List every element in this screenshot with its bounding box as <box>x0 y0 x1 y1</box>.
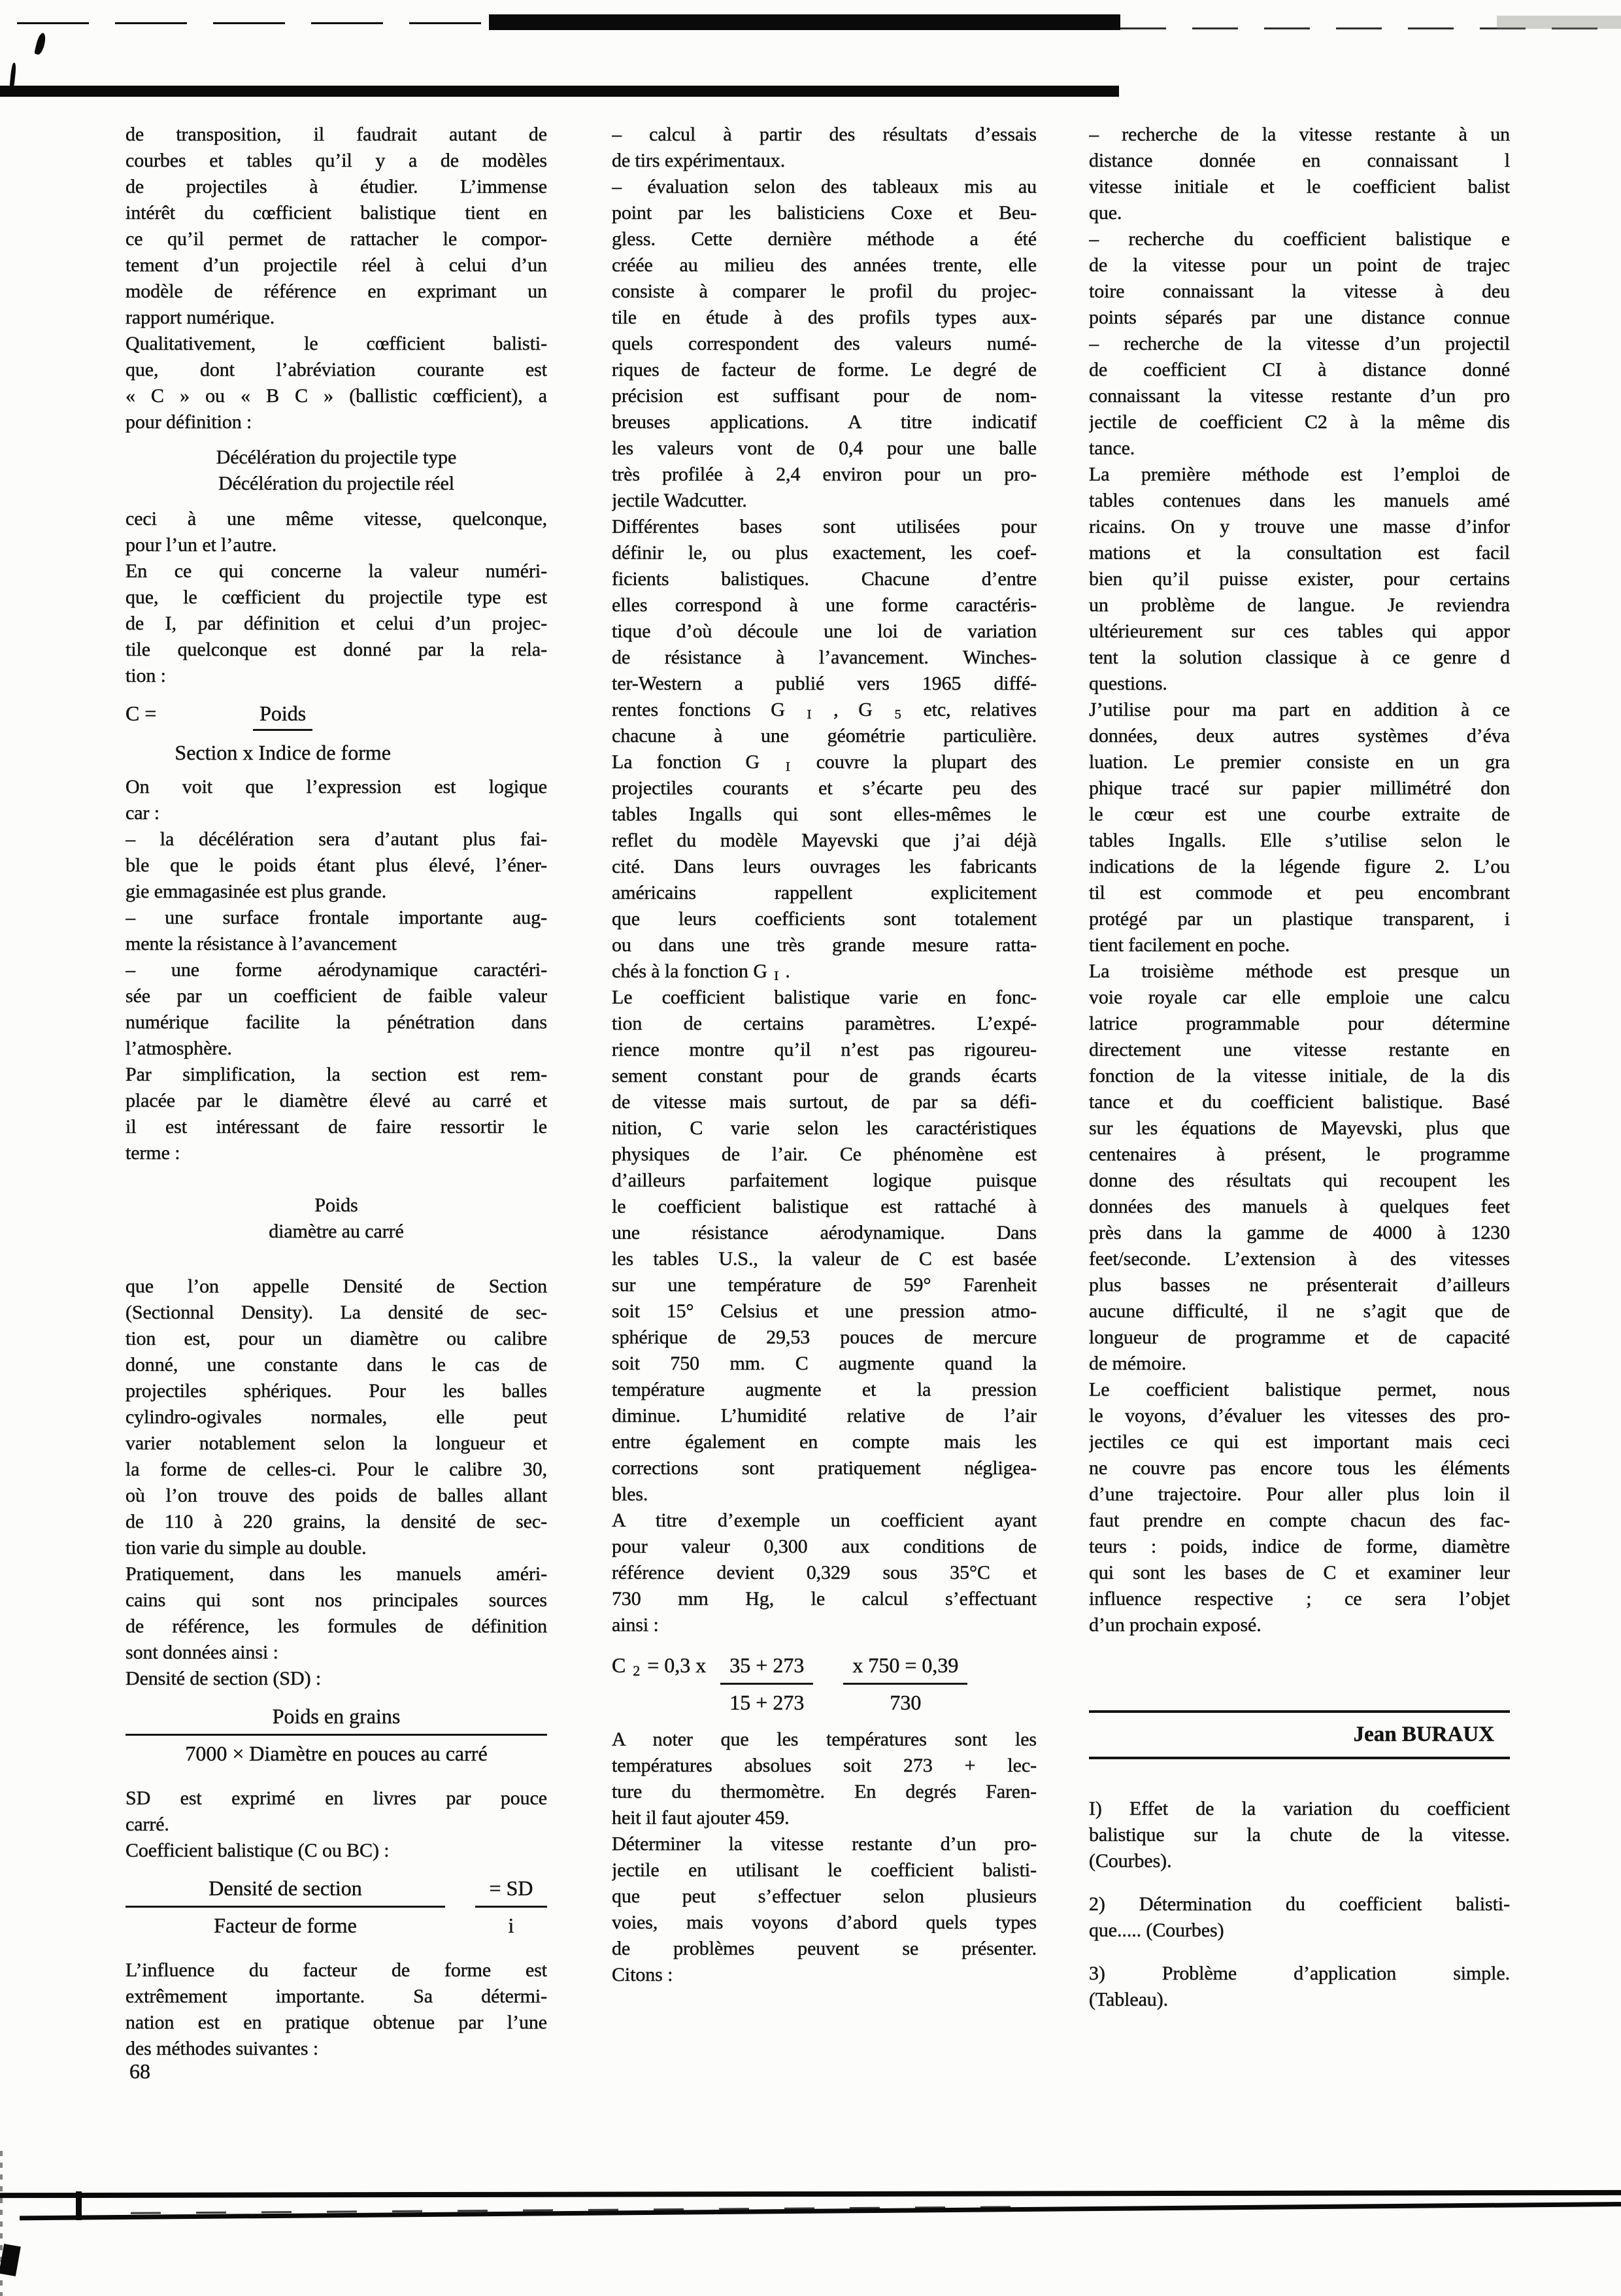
formula-ballistic-coefficient: C =PoidsSection x Indice de forme <box>125 700 547 766</box>
text-line: Densité de section (SD) : <box>125 1666 547 1692</box>
text-line: carré. <box>125 1812 547 1838</box>
text-line: A noter que les températures sont les <box>612 1727 1037 1753</box>
text-line: ceci à une même vitesse, quelconque, <box>125 506 547 532</box>
text-line: ou dans une très grande mesure ratta- <box>612 932 1037 958</box>
text-line: rentes fonctions G I , G 5 etc, relative… <box>612 697 1037 723</box>
text-line: 2) Détermination du coefficient balisti- <box>1089 1891 1510 1917</box>
text-line: ble que le poids étant plus élevé, l’éne… <box>125 853 547 879</box>
text-line: reflet du modèle Mayevski que j’ai déjà <box>612 828 1037 854</box>
text-line: gie emmagasinée est plus grande. <box>125 879 547 905</box>
text-line: un problème de langue. Je reviendra <box>1089 592 1510 618</box>
text-line: quels correspondent des valeurs numé- <box>612 331 1037 357</box>
text-line: terme : <box>125 1140 547 1166</box>
text-line: sphérique de 29,53 pouces de mercure <box>612 1325 1037 1351</box>
text-line: tile en étude à des profils types aux- <box>612 305 1037 331</box>
text-line: voies, mais voyons d’abord quels types <box>612 1910 1037 1936</box>
text-line: ture du thermomètre. En degrés Faren- <box>612 1779 1037 1805</box>
text-line: I) Effet de la variation du coefficient <box>1089 1796 1510 1822</box>
text-line: températures absolues soit 273 + lec- <box>612 1753 1037 1779</box>
text-line: température augmente et la pression <box>612 1377 1037 1403</box>
text-line: 730 mm Hg, le calcul s’effectuant <box>612 1586 1037 1612</box>
text-line: L’influence du facteur de forme est <box>125 1957 547 1984</box>
text-line: Qualitativement, le cœfficient balisti- <box>125 331 547 357</box>
text-line: modèle de référence en exprimant un <box>125 279 547 305</box>
text-line: nition, C varie selon les caractéristiqu… <box>612 1115 1037 1141</box>
text-line: ricains. On y trouve une masse d’infor <box>1089 514 1510 540</box>
text-line: que l’on appelle Densité de Section <box>125 1274 547 1300</box>
text-line: physiques de l’air. Ce phénomène est <box>612 1141 1037 1168</box>
text-line: de problèmes peuvent se présenter. <box>612 1936 1037 1962</box>
text-line: numérique facilite la pénétration dans <box>125 1009 547 1036</box>
text-line: Citons : <box>612 1962 1037 1988</box>
text-line: tion est, pour un diamètre ou calibre <box>125 1326 547 1352</box>
text-line: de tirs expérimentaux. <box>612 148 1037 174</box>
text-line: que peut s’effectuer selon plusieurs <box>612 1883 1037 1910</box>
text-line: voie royale car elle emploie une calcu <box>1089 985 1510 1011</box>
text-line: le cœur est une courbe extraite de <box>1089 802 1510 828</box>
text-line: ce qu’il permet de rattacher le compor- <box>125 226 547 252</box>
text-line: données, deux autres systèmes d’éva <box>1089 723 1510 749</box>
text-line: cains qui sont nos principales sources <box>125 1587 547 1613</box>
text-line: varier notablement selon la longueur et <box>125 1430 547 1457</box>
signature-rule <box>1089 1757 1510 1759</box>
text-line: Coefficient balistique (C ou BC) : <box>125 1838 547 1864</box>
text-line: tique d’où découle une loi de variation <box>612 618 1037 645</box>
text-line: d’un prochain exposé. <box>1089 1612 1510 1638</box>
fraction-numerator-line: Décélération du projectile type <box>125 445 547 471</box>
text-line: La troisième méthode est presque un <box>1089 958 1510 985</box>
text-line: jectile en utilisant le coefficient bali… <box>612 1857 1037 1883</box>
spacer <box>125 435 547 445</box>
text-line: sée par un coefficient de faible valeur <box>125 983 547 1009</box>
text-line: des méthodes suivantes : <box>125 2036 547 2062</box>
text-line: phique tracé sur papier millimétré don <box>1089 775 1510 802</box>
text-line: Décélération du projectile réel <box>125 471 547 497</box>
formula-bc-definition: Densité de sectionFacteur de forme= SDi <box>125 1874 547 1939</box>
text-line: tion varie du simple au double. <box>125 1535 547 1561</box>
text-line: tance et du coefficient balistique. Basé <box>1089 1089 1510 1115</box>
text-line: d’ailleurs parfaitement logique puisque <box>612 1168 1037 1194</box>
text-line: « C » ou « B C » (ballistic cœfficient),… <box>125 383 547 409</box>
text-line: nation est en pratique obtenue par l’une <box>125 2010 547 2036</box>
text-line: feet/seconde. L’extension à des vitesses <box>1089 1246 1510 1272</box>
text-line: mations et la consultation est facil <box>1089 540 1510 566</box>
text-line: jectile Wadcutter. <box>612 488 1037 514</box>
text-line: heit il faut ajouter 459. <box>612 1805 1037 1831</box>
text-line: que..... (Courbes) <box>1089 1917 1510 1944</box>
text-line: indications de la légende figure 2. L’ou <box>1089 854 1510 880</box>
text-line: tables Ingalls qui sont elles-mêmes le <box>612 802 1037 828</box>
spacer <box>1089 1944 1510 1961</box>
text-line: de 110 à 220 grains, la densité de sec- <box>125 1509 547 1535</box>
text-line: til est commode et peu encombrant <box>1089 880 1510 906</box>
text-line: extrêmement importante. Sa détermi- <box>125 1984 547 2010</box>
text-line: chacune à une géométrie particulière. <box>612 723 1037 749</box>
text-line: faut prendre en compte chacun des fac- <box>1089 1508 1510 1534</box>
text-line: – recherche du coefficient balistique e <box>1089 226 1510 252</box>
text-line: – évaluation selon des tableaux mis au <box>612 174 1037 200</box>
text-line: points séparés par une distance connue <box>1089 305 1510 331</box>
text-line: que leurs coefficients sont totalement <box>612 906 1037 932</box>
text-line: entre également en compte mais les <box>612 1429 1037 1455</box>
text-line: (Sectionnal Density). La densité de sec- <box>125 1300 547 1326</box>
text-line: projectiles sphériques. Pour les balles <box>125 1378 547 1404</box>
text-line: où l’on trouve des poids de balles allan… <box>125 1483 547 1509</box>
text-line: teurs : poids, indice de forme, diamètre <box>1089 1534 1510 1560</box>
text-line: Déterminer la vitesse restante d’un pro- <box>612 1831 1037 1857</box>
text-line: tance. <box>1089 435 1510 462</box>
text-line: américains rappellent explicitement <box>612 880 1037 906</box>
text-line: tent la solution classique à ce genre d <box>1089 645 1510 671</box>
text-line: La fonction G I couvre la plupart des <box>612 749 1037 775</box>
text-line: jectile de coefficient C2 à la même dis <box>1089 409 1510 435</box>
text-line: bien qu’il puisse exister, pour certains <box>1089 566 1510 592</box>
text-line: que, dont l’abréviation courante est <box>125 357 547 383</box>
text-line: ne couvre pas encore tous les éléments <box>1089 1455 1510 1481</box>
text-line: influence respective ; ce sera l’objet <box>1089 1586 1510 1612</box>
text-line: point par les balisticiens Coxe et Beu- <box>612 200 1037 226</box>
text-line: chés à la fonction G I . <box>612 958 1037 985</box>
page-number: 68 <box>129 2059 150 2084</box>
page: de transposition, il faudrait autant dec… <box>0 0 1621 2296</box>
text-line: On voit que l’expression est logique <box>125 774 547 800</box>
text-line: de transposition, il faudrait autant de <box>125 122 547 148</box>
text-line: consiste à comparer le profil du projec- <box>612 279 1037 305</box>
text-line: les valeurs vont de 0,4 pour une balle <box>612 435 1037 462</box>
text-line: corrections sont pratiquement négligea- <box>612 1455 1037 1481</box>
text-line: longueur de programme et de capacité <box>1089 1325 1510 1351</box>
scan-bar-header <box>0 86 1119 97</box>
text-line: courbes et tables qu’il y a de modèles <box>125 148 547 174</box>
text-line: breuses applications. A titre indicatif <box>612 409 1037 435</box>
text-line: – recherche de la vitesse d’un projectil <box>1089 331 1510 357</box>
column-3: – recherche de la vitesse restante à und… <box>1089 122 1510 2013</box>
text-line: Le coefficient balistique varie en fonc- <box>612 985 1037 1011</box>
text-line: données des manuels à quelques feet <box>1089 1194 1510 1220</box>
spacer <box>125 1166 547 1192</box>
scan-bar-top-right <box>489 14 1120 30</box>
text-line: les tables U.S., la valeur de C est basé… <box>612 1246 1037 1272</box>
text-line: tables contenues dans les manuels amé <box>1089 488 1510 514</box>
text-line: aucune difficulté, il ne s’agit que de <box>1089 1298 1510 1325</box>
spacer <box>125 1775 547 1785</box>
text-line: de projectiles à étudier. L’immense <box>125 174 547 200</box>
spacer <box>125 1245 547 1274</box>
text-line: questions. <box>1089 671 1510 697</box>
scan-smear-top-right <box>1497 16 1621 29</box>
text-line: cylindro-ogivales normales, elle peut <box>125 1404 547 1430</box>
column-1: de transposition, il faudrait autant dec… <box>125 122 547 2062</box>
page-edge-marks <box>0 2151 3 2296</box>
text-line: – la décélération sera d’autant plus fai… <box>125 826 547 853</box>
text-line: gless. Cette dernière méthode a été <box>612 226 1037 252</box>
text-line: cité. Dans leurs ouvrages les fabricants <box>612 854 1037 880</box>
text-line: de résistance à l’avancement. Winches- <box>612 645 1037 671</box>
spacer <box>125 1947 547 1957</box>
text-line: En ce qui concerne la valeur numéri- <box>125 558 547 584</box>
text-line: il est intéressant de faire ressortir le <box>125 1114 547 1140</box>
text-line: de I, par définition et celui d’un proje… <box>125 611 547 637</box>
text-line: protégé par un plastique transparent, i <box>1089 906 1510 932</box>
text-line: – une forme aérodynamique caractéri- <box>125 957 547 983</box>
text-line: soit 15° Celsius et une pression atmo- <box>612 1298 1037 1325</box>
text-line: de mémoire. <box>1089 1351 1510 1377</box>
text-line: connaissant la vitesse restante d’un pro <box>1089 383 1510 409</box>
text-line: l’atmosphère. <box>125 1036 547 1062</box>
text-line: ficients balistiques. Chacune d’entre <box>612 566 1037 592</box>
text-line: tables Ingalls. Elle s’utilise selon le <box>1089 828 1510 854</box>
spacer <box>1089 1874 1510 1891</box>
text-line: donné, une constante dans le cas de <box>125 1352 547 1378</box>
text-line: tement d’un projectile réel à celui d’un <box>125 252 547 279</box>
text-line: d’une trajectoire. Pour aller plus loin … <box>1089 1481 1510 1508</box>
text-line: fonction de la vitesse initiale, de la d… <box>1089 1063 1510 1089</box>
text-line: diamètre au carré <box>125 1219 547 1245</box>
text-line: SD est exprimé en livres par pouce <box>125 1785 547 1812</box>
text-line: précision est suffisant pour de nom- <box>612 383 1037 409</box>
text-line: distance donnée en connaissant l <box>1089 148 1510 174</box>
text-line: sur une température de 59° Farenheit <box>612 1272 1037 1298</box>
text-line: plus basses ne présenterait d’ailleurs <box>1089 1272 1510 1298</box>
text-line: jectiles ce qui est important mais ceci <box>1089 1429 1510 1455</box>
text-line: une résistance aérodynamique. Dans <box>612 1220 1037 1246</box>
text-line: le coefficient balistique est rattaché à <box>612 1194 1037 1220</box>
text-line: – calcul à partir des résultats d’essais <box>612 122 1037 148</box>
text-line: de vitesse mais surtout, de par sa défi- <box>612 1089 1037 1115</box>
text-line: sur les équations de Mayevski, plus que <box>1089 1115 1510 1141</box>
text-line: pour définition : <box>125 409 547 435</box>
text-line: elles correspond à une forme caractéris- <box>612 592 1037 618</box>
text-line: pour l’un et l’autre. <box>125 532 547 558</box>
text-line: rapport numérique. <box>125 305 547 331</box>
text-line: (Tableau). <box>1089 1987 1510 2013</box>
text-line: sement constant pour de grands écarts <box>612 1063 1037 1089</box>
text-line: sont données ainsi : <box>125 1640 547 1666</box>
text-line: donne des résultats qui recoupent les <box>1089 1168 1510 1194</box>
formula-c2-correction: C 2 = 0,3 x35 + 27315 + 273x 750 = 0,397… <box>612 1651 1037 1716</box>
text-line: balistique sur la chute de la vitesse. <box>1089 1822 1510 1848</box>
ink-mark <box>34 32 47 56</box>
fraction-numerator-line: Poids <box>125 1192 547 1219</box>
author-name: Jean BURAUX <box>1089 1713 1510 1757</box>
text-line: luation. Le premier consiste en un gra <box>1089 749 1510 775</box>
text-line: diminue. L’humidité relative de l’air <box>612 1403 1037 1429</box>
text-line: de référence, les formules de définition <box>125 1613 547 1640</box>
text-line: car : <box>125 800 547 826</box>
text-line: Le coefficient balistique permet, nous <box>1089 1377 1510 1403</box>
text-line: très profilée à 2,4 environ pour un pro- <box>612 462 1037 488</box>
formula-sectional-density: Poids en grains7000 × Diamètre en pouces… <box>125 1702 547 1767</box>
scan-rule-bottom-1 <box>0 2190 1621 2198</box>
text-line: tient facilement en poche. <box>1089 932 1510 958</box>
text-line: soit 750 mm. C augmente quand la <box>612 1351 1037 1377</box>
text-line: Différentes bases sont utilisées pour <box>612 514 1037 540</box>
text-line: – une surface frontale importante aug- <box>125 905 547 931</box>
text-line: toire connaissant la vitesse à deu <box>1089 279 1510 305</box>
text-line: que. <box>1089 200 1510 226</box>
text-line: que, le cœfficient du projectile type es… <box>125 584 547 611</box>
text-line: latrice programmable pour détermine <box>1089 1011 1510 1037</box>
text-line: placée par le diamètre élevé au carré et <box>125 1088 547 1114</box>
author-signature-block: Jean BURAUX <box>1089 1710 1510 1759</box>
text-line: définir le, ou plus exactement, les coef… <box>612 540 1037 566</box>
text-line: vitesse initiale et le coefficient balis… <box>1089 174 1510 200</box>
text-line: (Courbes). <box>1089 1848 1510 1874</box>
text-line: riques de facteur de forme. Le degré de <box>612 357 1037 383</box>
text-line: 3) Problème d’application simple. <box>1089 1961 1510 1987</box>
scan-line-top-left <box>17 22 490 24</box>
text-line: de la vitesse pour un point de trajec <box>1089 252 1510 279</box>
text-line: près dans la gamme de 4000 à 1230 <box>1089 1220 1510 1246</box>
text-line: tile quelconque est donné par la rela- <box>125 637 547 663</box>
text-line: A titre d’exemple un coefficient ayant <box>612 1508 1037 1534</box>
text-line: référence devient 0,329 sous 35°C et <box>612 1560 1037 1586</box>
text-line: qui sont les bases de C et examiner leur <box>1089 1560 1510 1586</box>
text-line: J’utilise pour ma part en addition à ce <box>1089 697 1510 723</box>
text-line: créée au milieu des années trente, elle <box>612 252 1037 279</box>
text-line: rience montre qu’il n’est pas rigoureu- <box>612 1037 1037 1063</box>
text-line: tion : <box>125 663 547 689</box>
ink-blob-bottom-left <box>0 2244 21 2276</box>
text-line: pour valeur 0,300 aux conditions de <box>612 1534 1037 1560</box>
text-line: tion de certains paramètres. L’expé- <box>612 1011 1037 1037</box>
text-line: le voyons, d’évaluer les vitesses des pr… <box>1089 1403 1510 1429</box>
text-line: – recherche de la vitesse restante à un <box>1089 122 1510 148</box>
text-line: La première méthode est l’emploi de <box>1089 462 1510 488</box>
text-line: la forme de celles-ci. Pour le calibre 3… <box>125 1457 547 1483</box>
text-line: ultérieurement sur ces tables qui appor <box>1089 618 1510 645</box>
text-line: bles. <box>612 1481 1037 1508</box>
text-line: de coefficient CI à distance donné <box>1089 357 1510 383</box>
text-line: ter-Western a publié vers 1965 diffé- <box>612 671 1037 697</box>
text-line: centenaires à présent, le programme <box>1089 1141 1510 1168</box>
text-line: Pratiquement, dans les manuels améri- <box>125 1561 547 1587</box>
text-line: ainsi : <box>612 1612 1037 1638</box>
text-line: Par simplification, la section est rem- <box>125 1062 547 1088</box>
text-line: projectiles courants et s’écarte peu des <box>612 775 1037 802</box>
text-line: mente la résistance à l’avancement <box>125 931 547 957</box>
text-line: directement une vitesse restante en <box>1089 1037 1510 1063</box>
spacer <box>125 497 547 506</box>
text-line: intérêt du cœfficient balistique tient e… <box>125 200 547 226</box>
column-2: – calcul à partir des résultats d’essais… <box>612 122 1037 1988</box>
